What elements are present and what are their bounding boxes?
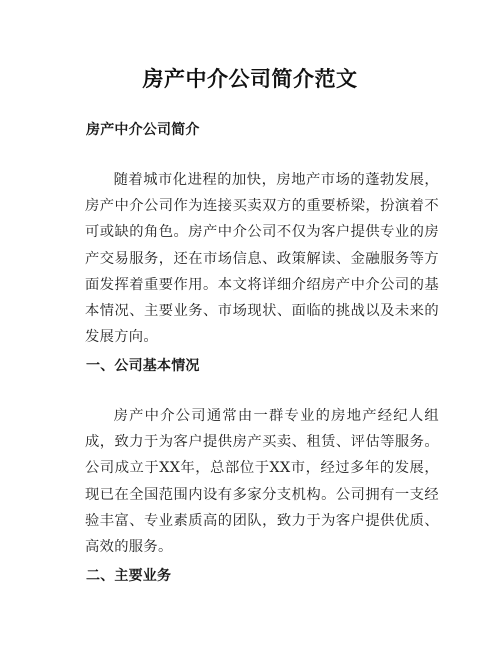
document-title: 房产中介公司简介范文 [0, 63, 500, 93]
section-heading-intro: 房产中介公司简介 [86, 119, 200, 139]
document-page: 房产中介公司简介范文 房产中介公司简介 随着城市化进程的加快，房地产市场的蓬勃发… [0, 0, 500, 647]
section-heading-main-business: 二、主要业务 [86, 565, 171, 585]
section-heading-basic-info: 一、公司基本情况 [86, 355, 200, 375]
section-paragraph-intro: 随着城市化进程的加快，房地产市场的蓬勃发展，房产中介公司作为连接买卖双方的重要桥… [85, 167, 439, 350]
section-paragraph-basic-info: 房产中介公司通常由一群专业的房地产经纪人组成，致力于为客户提供房产买卖、租赁、评… [85, 403, 439, 560]
